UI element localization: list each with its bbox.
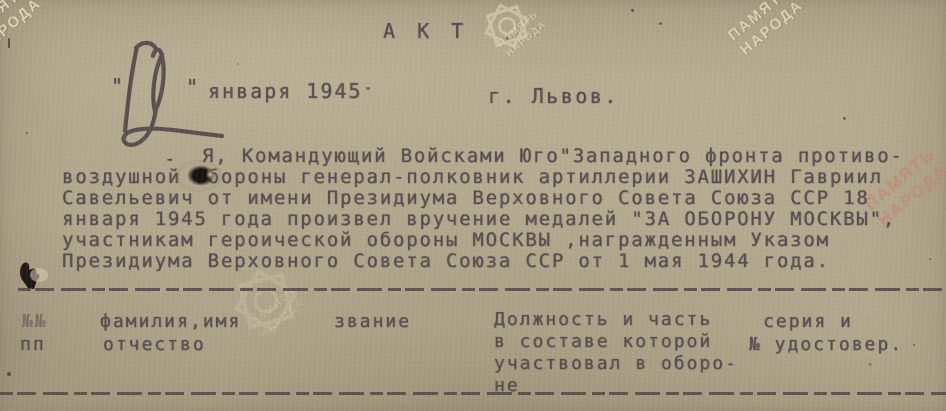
paper-speck <box>913 344 915 346</box>
paper-speck <box>631 9 634 12</box>
paper-speck <box>929 258 931 260</box>
table-top-rule <box>18 288 946 291</box>
table-header-duty: участвовал в оборо- <box>494 355 738 373</box>
date-close-quote: " <box>186 77 199 97</box>
table-bottom-rule <box>0 392 946 395</box>
ink-blot-highlight <box>205 168 215 181</box>
table-header-number: пп <box>20 336 46 354</box>
paper-speck <box>659 22 662 25</box>
order-star-watermark-icon <box>469 0 545 62</box>
document-scan-page: ПАМЯТЬ НАРОДА ПАМЯТЬ НАРОДА ПАМЯТЬ НАРОД… <box>0 0 946 411</box>
paper-speck <box>843 117 846 120</box>
table-header-series: серия и <box>763 313 853 331</box>
body-line: Я, Командующий Войсками Юго"Западного фр… <box>202 147 904 166</box>
paper-speck <box>868 363 872 366</box>
table-header-number: №№ <box>22 313 48 331</box>
paper-speck <box>506 37 508 40</box>
paper-speck <box>237 63 239 65</box>
table-header-name: фамилия,имя <box>100 313 241 331</box>
body-line: Президиума Верховного Совета Союза ССР о… <box>62 252 830 271</box>
paper-speck <box>26 132 28 134</box>
watermark-word: ПАМЯТЬ <box>249 286 299 331</box>
body-line: января 1945 года произвел вручение медал… <box>62 210 896 229</box>
document-title: А К Т <box>383 21 468 41</box>
table-header-rank: звание <box>334 313 411 331</box>
table-header-name: отчество <box>103 336 206 354</box>
watermark-word: НАРОДА <box>0 0 46 58</box>
body-line: Савельевич от имени Президиума Верховног… <box>62 189 870 208</box>
watermark-word: НАРОДА <box>258 297 308 342</box>
paper-speck <box>7 372 11 376</box>
pamyat-naroda-watermark: ПАМЯТЬ НАРОДА <box>725 0 808 60</box>
paper-speck <box>366 87 370 90</box>
place-text: г. Львов. <box>488 86 619 106</box>
table-header-series: № удостовер. <box>749 336 903 354</box>
watermark-word: НАРОДА <box>504 19 550 60</box>
date-text: января 1945 <box>208 81 362 101</box>
body-line: участникам героической обороны МОСКВЫ ,н… <box>62 231 830 250</box>
watermark-word: НАРОДА <box>737 0 808 60</box>
watermark-word: ПАМЯТЬ <box>496 9 542 50</box>
pamyat-naroda-watermark: ПАМЯТЬ НАРОДА <box>496 9 550 60</box>
pamyat-naroda-watermark: ПАМЯТЬ НАРОДА <box>0 0 46 58</box>
table-header-duty: в составе которой <box>494 333 712 351</box>
watermark-word: ПАМЯТЬ <box>0 0 34 43</box>
pamyat-naroda-watermark: ПАМЯТЬ НАРОДА <box>249 286 308 341</box>
table-header-duty: Должность и часть <box>494 311 712 329</box>
table-header-duty: не <box>494 377 520 395</box>
watermark-word: ПАМЯТЬ <box>725 0 796 45</box>
paper-mark <box>8 38 10 48</box>
